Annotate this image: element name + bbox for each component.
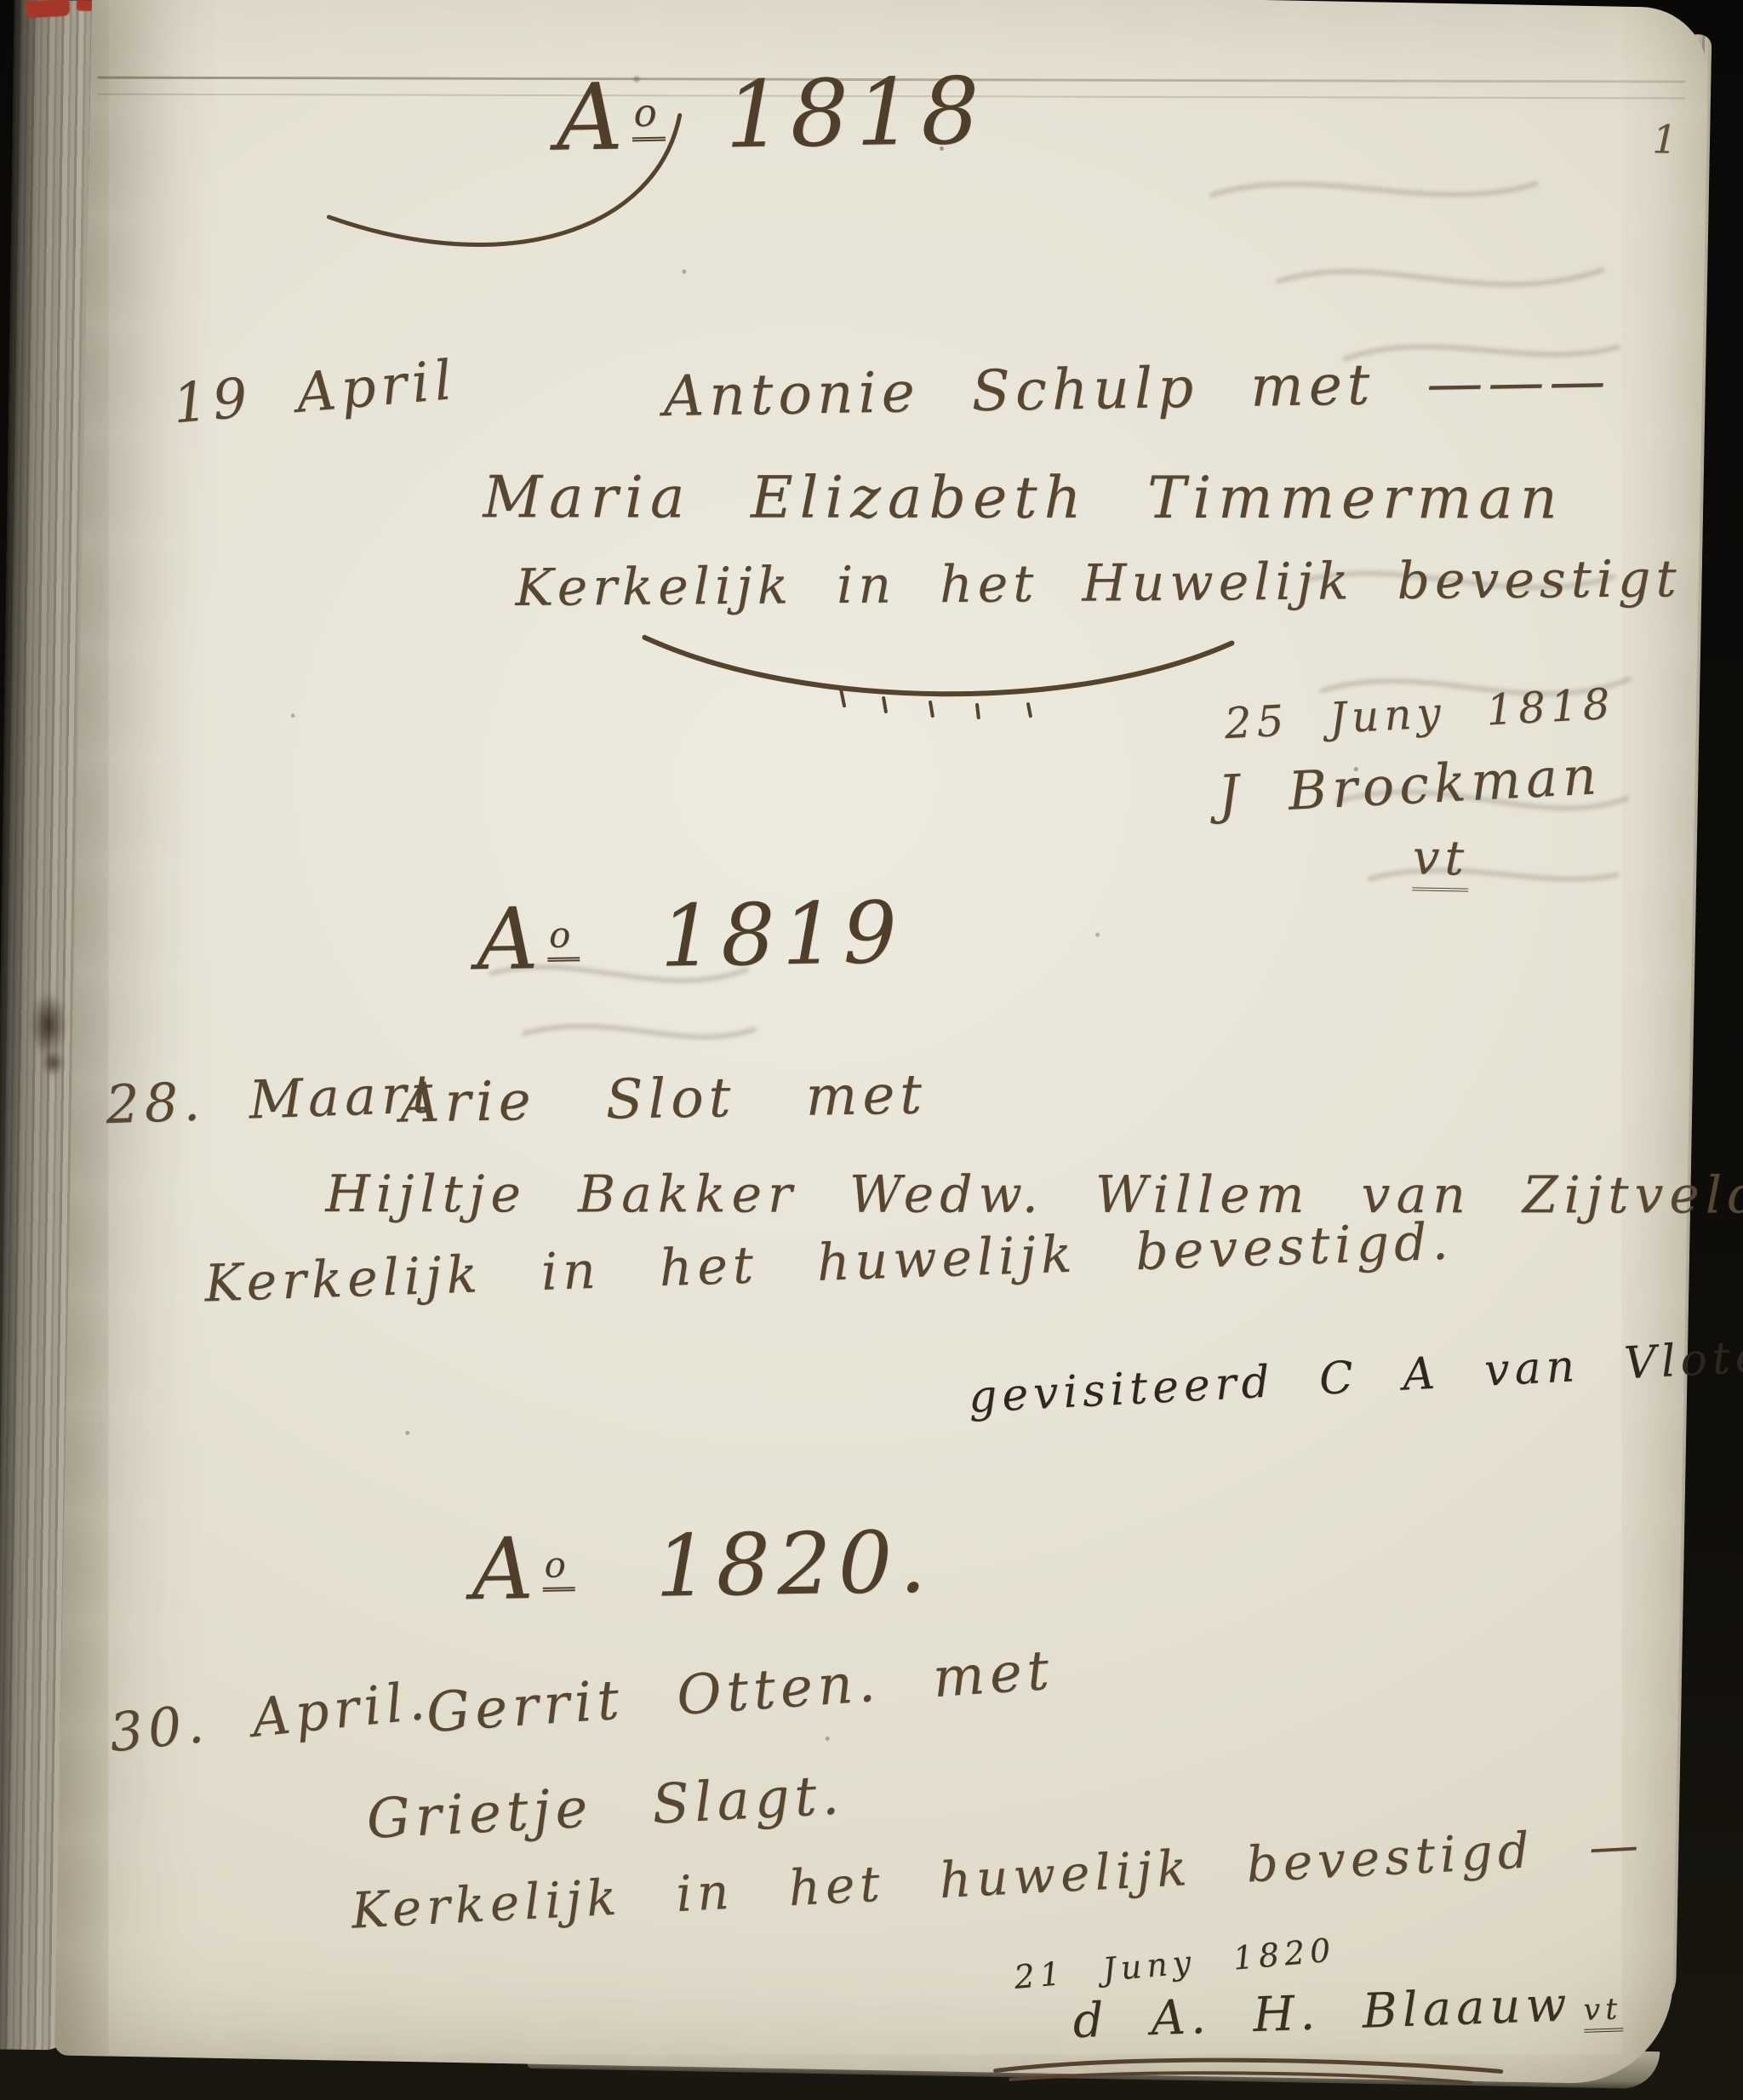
- register-page: 1 Ao1818 19 April Antonie Schulp met ———…: [54, 0, 1709, 2085]
- entry-1818-groom-line: Antonie Schulp met ———: [663, 348, 1611, 429]
- book-photo: 1 Ao1818 19 April Antonie Schulp met ———…: [0, 0, 1743, 2100]
- entry-1820-signature: d A. H. Blaauwvt: [1072, 1975, 1623, 2049]
- year-value: 1819: [659, 883, 904, 987]
- ink-smudge: [38, 1044, 68, 1082]
- signature-name: d A. H. Blaauw: [1072, 1977, 1573, 2049]
- year-heading-1820: Ao1820.: [471, 1512, 934, 1619]
- confirmation-underline-flourish: [637, 626, 1243, 726]
- entry-1818-bride-line: Maria Elizabeth Timmerman: [483, 464, 1563, 532]
- entry-1818-date: 19 April: [170, 349, 460, 437]
- entry-1818-signature-title: vt: [1412, 830, 1469, 891]
- entry-1819-bride-line: Hijltje Bakker Wedw. Willem van Zijtveld: [325, 1164, 1743, 1225]
- entry-1819-date: 28. Maart: [105, 1062, 439, 1136]
- red-cover-fragment: [26, 0, 71, 18]
- entry-1819-groom-line: Arie Slot met: [400, 1063, 928, 1135]
- year-value: 1820.: [654, 1512, 934, 1616]
- entry-1818-confirmation-line: Kerkelijk in het Huwelijk bevestigt: [515, 549, 1682, 618]
- anno-abbrev: A: [476, 889, 546, 989]
- entry-1820-groom-line: Gerrit Otten. met: [425, 1639, 1056, 1746]
- anno-superscript: o: [542, 1543, 574, 1592]
- entry-1820-bride-line: Grietje Slagt.: [365, 1764, 845, 1851]
- anno-superscript: o: [547, 913, 580, 962]
- year-heading-1819: Ao1819: [476, 883, 905, 989]
- signature-underline-flourish: [990, 2049, 1518, 2096]
- year-value: 1818: [724, 58, 987, 169]
- title-swash-flourish: [315, 102, 693, 292]
- signature-title: vt: [1583, 1992, 1623, 2033]
- anno-abbrev: A: [471, 1519, 540, 1619]
- entry-1819-confirmation-line: Kerkelijk in het huwelijk bevestigd.: [203, 1212, 1454, 1314]
- page-number: 1: [1652, 116, 1683, 163]
- entry-1820-date: 30. April.: [106, 1669, 432, 1765]
- entry-1819-visitation-line: gevisiteerd C A van Vloten: [968, 1330, 1743, 1423]
